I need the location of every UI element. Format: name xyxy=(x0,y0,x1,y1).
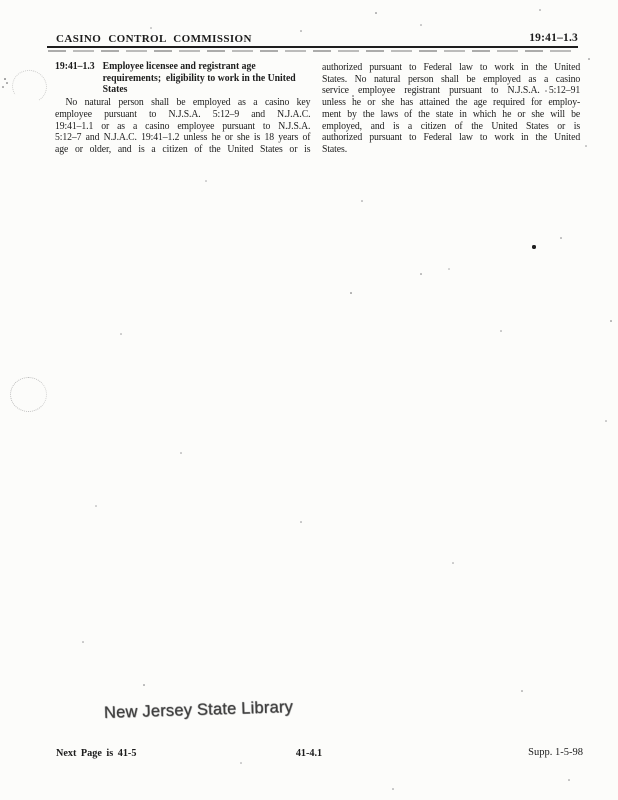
text-line: requirements; eligibility to work in the… xyxy=(103,73,311,85)
text-line: authorized pursuant to Federal law to wo… xyxy=(322,132,580,144)
text-line: 5:12–7 and N.J.A.C. 19:41–1.2 unless he … xyxy=(55,132,310,144)
section-number: 19:41–1.3 xyxy=(55,61,103,96)
header-rule-ghost xyxy=(48,50,576,52)
left-column: 19:41–1.3 Employee licensee and registra… xyxy=(55,61,310,156)
text-line: Employee licensee and registrant age xyxy=(103,61,311,73)
scan-noise-specks xyxy=(0,0,2,2)
text-line: service employee registrant pursuant to … xyxy=(322,85,580,97)
text-line: States. No natural person shall be emplo… xyxy=(322,74,580,86)
scanned-document-page: CASINO CONTROL COMMISSION 19:41–1.3 19:4… xyxy=(0,0,618,800)
header-section-number: 19:41–1.3 xyxy=(529,32,578,44)
scan-artifact-circle-top xyxy=(9,66,51,106)
body-text-left-column: No natural person shall be employed as a… xyxy=(55,97,310,156)
scan-artifact-circle-mid xyxy=(10,377,47,412)
right-column: authorized pursuant to Federal law to wo… xyxy=(322,61,580,156)
text-line: employed, and is a citizen of the United… xyxy=(322,121,580,133)
header-agency-title: CASINO CONTROL COMMISSION xyxy=(56,33,252,45)
section-title: Employee licensee and registrant agerequ… xyxy=(103,61,311,96)
footer-page-number: 41-4.1 xyxy=(0,748,618,759)
body-text-right-column: authorized pursuant to Federal law to wo… xyxy=(322,62,580,156)
section-heading: 19:41–1.3 Employee licensee and registra… xyxy=(55,61,310,96)
text-line: authorized pursuant to Federal law to wo… xyxy=(322,62,580,74)
text-line: unless he or she has attained the age re… xyxy=(322,97,580,109)
text-line: age or older, and is a citizen of the Un… xyxy=(55,144,310,156)
text-line: employee pursuant to N.J.S.A. 5:12–9 and… xyxy=(55,109,310,121)
text-line: No natural person shall be employed as a… xyxy=(55,97,310,109)
text-line: States. xyxy=(322,144,580,156)
library-stamp: New Jersey State Library xyxy=(104,698,294,723)
text-line: 19:41–1.1 or as a casino employee pursua… xyxy=(55,121,310,133)
text-line: ment by the laws of the state in which h… xyxy=(322,109,580,121)
header-rule xyxy=(47,46,578,48)
text-line: States xyxy=(103,84,311,96)
footer-supplement-date: Supp. 1-5-98 xyxy=(528,747,583,758)
